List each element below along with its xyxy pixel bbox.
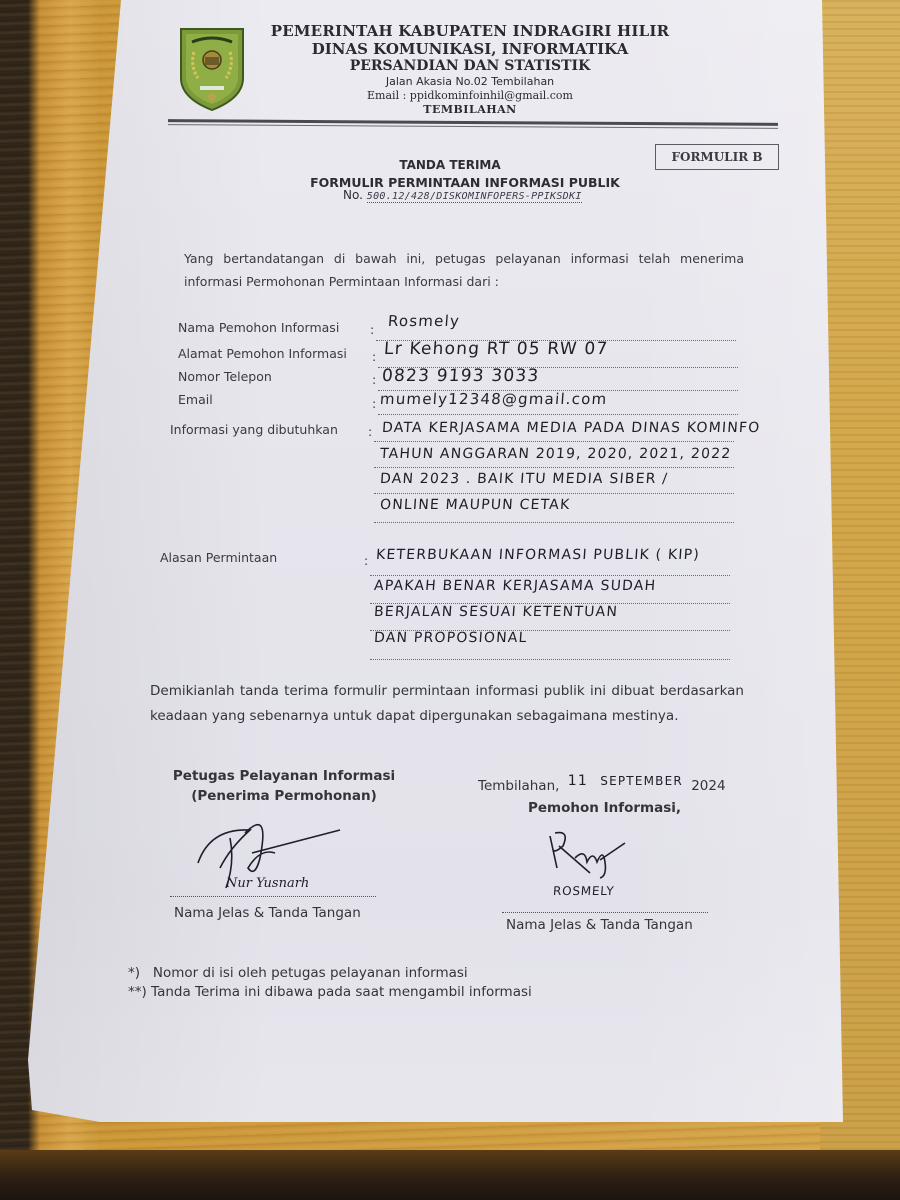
field-label-phone: Nomor Telepon [178, 369, 272, 384]
info-needed-line: DAN 2023 . BAIK ITU MEDIA SIBER / [379, 471, 668, 487]
reason-line: BERJALAN SESUAI KETENTUAN [373, 604, 618, 620]
intro-paragraph: Yang bertandatangan di bawah ini, petuga… [184, 247, 744, 293]
field-colon: : [372, 372, 376, 387]
date-month: SEPTEMBER [600, 774, 683, 788]
officer-signature-caption: Nama Jelas & Tanda Tangan [174, 905, 361, 921]
place: Tembilahan, [478, 778, 559, 794]
applicant-signature-caption: Nama Jelas & Tanda Tangan [506, 917, 693, 933]
info-needed-line: TAHUN ANGGARAN 2019, 2020, 2021, 2022 [379, 446, 731, 462]
letterhead-division: PERSANDIAN DAN STATISTIK [250, 58, 690, 75]
regency-coat-of-arms-icon [178, 26, 246, 112]
document-title: TANDA TERIMA [300, 158, 600, 172]
field-dotted-line [378, 414, 738, 415]
reason-line: DAN PROPOSIONAL [373, 630, 528, 646]
document-number: No. 500.12/428/DISKOMINFOPERS-PPIKSDKI [343, 188, 582, 202]
officer-signature-line [170, 896, 376, 897]
applicant-signature-line [502, 912, 708, 913]
field-dotted-line [374, 522, 734, 523]
field-dotted-line [370, 575, 730, 576]
field-label-info-needed: Informasi yang dibutuhkan [170, 422, 338, 437]
closing-paragraph: Demikianlah tanda terima formulir permin… [150, 679, 744, 729]
officer-name: Nur Yusnarh [226, 876, 309, 891]
field-label-name: Nama Pemohon Informasi [178, 320, 339, 335]
field-value-address: Lr Kehong RT 05 RW 07 [383, 339, 609, 359]
letterhead-email: Email : ppidkominfoinhil@gmail.com [250, 89, 690, 103]
letterhead-agency: DINAS KOMUNIKASI, INFORMATIKA [250, 40, 690, 58]
footnote-number: *) Nomor di isi oleh petugas pelayanan i… [128, 965, 468, 981]
field-dotted-line [374, 493, 734, 494]
date-year: 2024 [691, 778, 725, 794]
officer-title: Petugas Pelayanan Informasi [166, 766, 402, 786]
info-needed-line: DATA KERJASAMA MEDIA PADA DINAS KOMINFO [381, 420, 761, 436]
reason-line: KETERBUKAAN INFORMASI PUBLIK ( KIP) [375, 547, 700, 563]
field-colon: : [364, 553, 368, 568]
document-number-label: No. [343, 188, 363, 202]
field-colon: : [370, 322, 374, 337]
field-value-phone: 0823 9193 3033 [381, 366, 540, 386]
applicant-signature-heading: Pemohon Informasi, [528, 800, 681, 816]
field-colon: : [372, 349, 376, 364]
field-dotted-line [374, 441, 734, 442]
receipt-form-document: PEMERINTAH KABUPATEN INDRAGIRI HILIR DIN… [0, 0, 900, 1200]
letterhead-government: PEMERINTAH KABUPATEN INDRAGIRI HILIR [250, 22, 690, 40]
form-code-box: FORMULIR B [655, 144, 779, 170]
letterhead-address: Jalan Akasia No.02 Tembilahan [250, 75, 690, 89]
field-label-reason: Alasan Permintaan [160, 550, 277, 565]
field-colon: : [368, 424, 372, 439]
place-and-date: Tembilahan, 11 SEPTEMBER 2024 [478, 778, 726, 794]
date-day: 11 [568, 773, 588, 789]
field-label-email: Email [178, 392, 213, 407]
officer-signature-heading: Petugas Pelayanan Informasi (Penerima Pe… [166, 766, 402, 806]
letterhead-city: TEMBILAHAN [250, 103, 690, 117]
field-dotted-line [374, 467, 734, 468]
footnote-receipt: **) Tanda Terima ini dibawa pada saat me… [128, 984, 532, 1000]
field-colon: : [372, 396, 376, 411]
document-number-value: 500.12/428/DISKOMINFOPERS-PPIKSDKI [367, 191, 582, 203]
letterhead-text: PEMERINTAH KABUPATEN INDRAGIRI HILIR DIN… [250, 22, 690, 117]
info-needed-line: ONLINE MAUPUN CETAK [379, 497, 570, 513]
officer-role: (Penerima Permohonan) [166, 786, 402, 806]
applicant-signature-scribble [545, 828, 635, 883]
field-value-email: mumely12348@gmail.com [379, 390, 608, 408]
field-value-name: Rosmely [387, 312, 460, 330]
reason-line: APAKAH BENAR KERJASAMA SUDAH [373, 578, 656, 594]
applicant-name: ROSMELY [553, 884, 615, 898]
field-dotted-line [370, 659, 730, 660]
field-label-address: Alamat Pemohon Informasi [178, 346, 347, 361]
